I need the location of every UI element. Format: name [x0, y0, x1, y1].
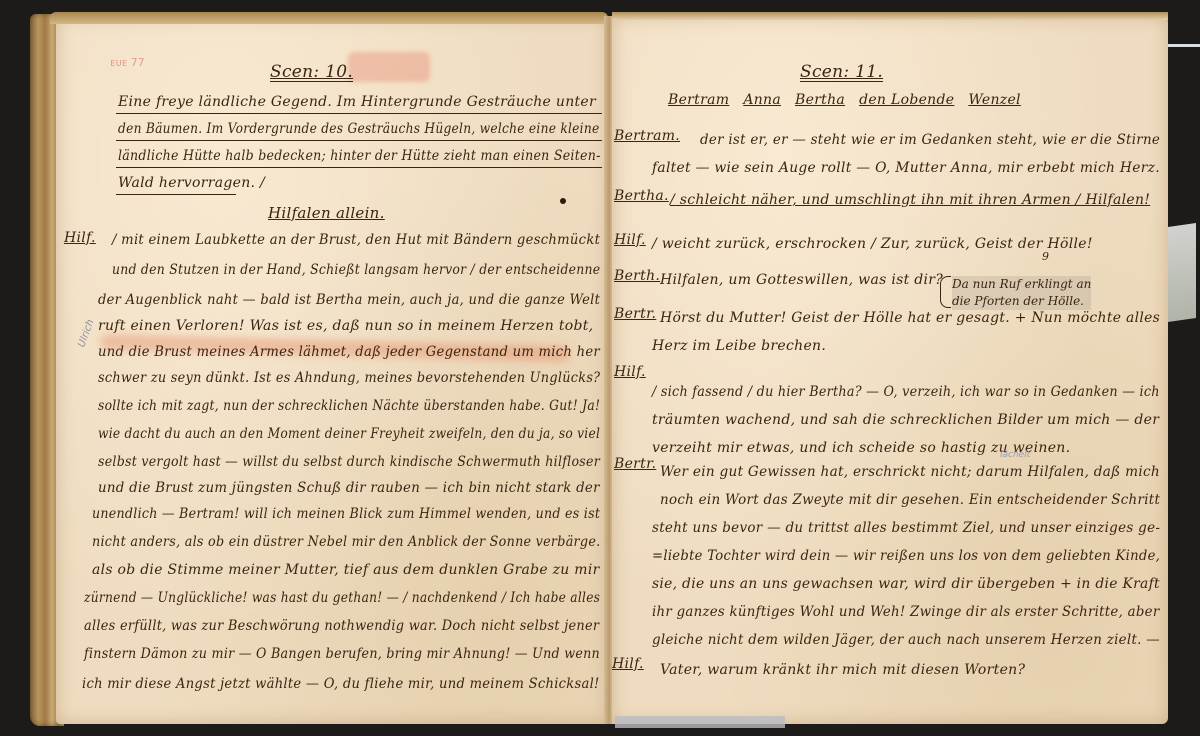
speaker-label: Bertr. [614, 306, 656, 322]
speaker-label: Hilf. [614, 232, 646, 248]
speaker-label: Hilf. [64, 230, 96, 246]
text-line: der Augenblick naht — bald ist Bertha me… [98, 292, 600, 308]
red-library-stamp [348, 52, 430, 82]
scale-marker [1168, 44, 1200, 47]
speaker-label: Berth. [614, 268, 660, 284]
scene-heading-left: Scen: 10. [270, 62, 353, 82]
text-line: selbst vergolt hast — willst du selbst d… [98, 454, 600, 470]
text-line: ruft einen Verloren! Was ist es, daß nun… [98, 318, 593, 334]
text-line: unendlich — Bertram! will ich meinen Bli… [92, 506, 600, 522]
text-line: und die Brust zum jüngsten Schuß dir rau… [98, 480, 600, 496]
insertion-bracket [940, 276, 951, 308]
text-line: ich mir diese Angst jetzt wählte — O, du… [82, 676, 600, 692]
text-line: wie dacht du auch an den Moment deiner F… [98, 426, 600, 442]
text-line: steht uns bevor — du trittst alles besti… [652, 520, 1160, 536]
text-line: / mit einem Laubkette an der Brust, den … [112, 232, 600, 248]
text-line: / schleicht näher, und umschlingt ihn mi… [670, 192, 1150, 208]
text-line: Hörst du Mutter! Geist der Hölle hat er … [660, 310, 1160, 326]
page-mark: 9 [1042, 250, 1049, 263]
pencil-note: lächelt [1000, 450, 1030, 460]
speaker-label: Hilf. [612, 656, 644, 672]
character-name: Wenzel [968, 92, 1021, 108]
underline-rule [116, 194, 236, 195]
text-line: sollte ich mit zagt, nun der schrecklich… [98, 398, 600, 414]
text-line: Wer ein gut Gewissen hat, erschrickt nic… [660, 464, 1160, 480]
speaker-label: Bertr. [614, 456, 656, 472]
scene-heading-right: Scen: 11. [800, 62, 883, 82]
text-line: gleiche nicht dem wilden Jäger, der auch… [652, 632, 1160, 648]
text-line: schwer zu seyn dünkt. Ist es Ahndung, me… [98, 370, 600, 386]
text-line: / weicht zurück, erschrocken / Zur, zurü… [652, 236, 1093, 252]
inserted-note-line: Da nun Ruf erklingt an [952, 276, 1091, 293]
sub-heading: Hilfalen allein. [268, 204, 385, 222]
character-name: Bertram [668, 92, 729, 108]
text-line: noch ein Wort das Zweyte mit dir gesehen… [660, 492, 1160, 508]
text-line: Herz im Leibe brechen. [652, 338, 826, 354]
character-name: Anna [743, 92, 781, 108]
stage-direction-line: Eine freye ländliche Gegend. Im Hintergr… [118, 94, 596, 110]
stage-direction-line: den Bäumen. Im Vordergrunde des Gesträuc… [118, 121, 599, 137]
underline-rule [116, 140, 602, 141]
inserted-note-line: die Pforten der Hölle. [952, 293, 1091, 310]
text-line: Vater, warum kränkt ihr mich mit diesen … [660, 662, 1025, 678]
loose-paper-slip [1168, 223, 1196, 322]
text-line: sie, die uns an uns gewachsen war, wird … [652, 576, 1160, 592]
tissue-paper-edge [615, 716, 785, 728]
red-stamp-number: ᴇᴜᴇ 77 [110, 56, 145, 69]
inserted-note: Da nun Ruf erklingt an die Pforten der H… [952, 276, 1091, 310]
speaker-label: Bertha. [614, 188, 669, 204]
text-line: und die Brust meines Armes lähmet, daß j… [98, 344, 600, 360]
character-list: Bertram Anna Bertha den Lobende Wenzel [668, 92, 1021, 108]
speaker-label: Bertram. [614, 128, 680, 144]
text-line: und den Stutzen in der Hand, Schießt lan… [112, 262, 600, 278]
text-line: =liebte Tochter wird dein — wir reißen u… [652, 548, 1160, 564]
text-line: der ist er, er — steht wie er im Gedanke… [700, 132, 1160, 148]
character-name: den Lobende [859, 92, 954, 108]
stage-direction-line: ländliche Hütte halb bedecken; hinter de… [118, 148, 601, 164]
underline-rule [116, 113, 602, 114]
text-line: als ob die Stimme meiner Mutter, tief au… [92, 562, 600, 578]
text-line: ihr ganzes künftiges Wohl und Weh! Zwing… [652, 604, 1159, 620]
text-line: alles erfüllt, was zur Beschwörung nothw… [84, 618, 599, 634]
text-line: nicht anders, als ob ein düstrer Nebel m… [92, 534, 600, 550]
text-line: Hilfalen, um Gotteswillen, was ist dir? [660, 272, 943, 288]
text-line: faltet — wie sein Auge rollt — O, Mutter… [652, 160, 1160, 176]
underline-rule [116, 167, 602, 168]
text-line: finstern Dämon zu mir — O Bangen berufen… [84, 646, 600, 662]
text-line: / sich fassend / du hier Bertha? — O, ve… [652, 384, 1160, 400]
stage-direction-line: Wald hervorragen. / [118, 175, 265, 191]
text-line: zürnend — Unglückliche! was hast du geth… [84, 590, 600, 606]
character-name: Bertha [795, 92, 845, 108]
ink-blot [560, 198, 566, 204]
speaker-label: Hilf. [614, 364, 646, 380]
text-line: träumten wachend, und sah die schrecklic… [652, 412, 1159, 428]
